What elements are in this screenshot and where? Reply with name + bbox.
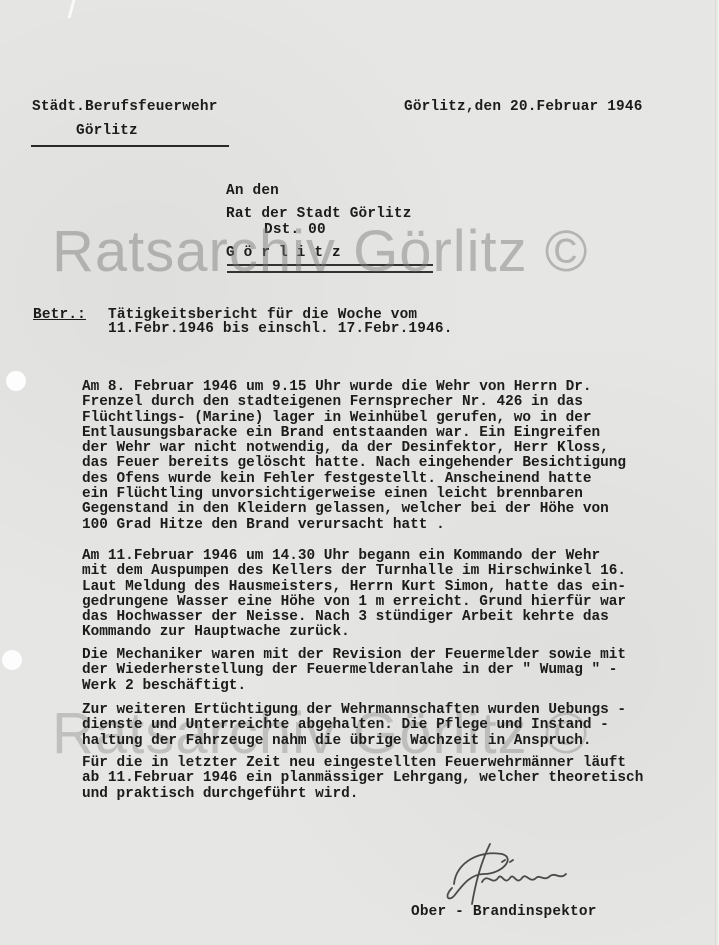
punch-hole-lower: [2, 650, 22, 670]
recipient-line-1: An den: [226, 184, 279, 198]
paragraph-course: Für die in letzter Zeit neu eingestellte…: [82, 756, 719, 802]
subject-line-1: Tätigkeitsbericht für die Woche vom: [108, 308, 417, 322]
sender-line-1: Städt.Berufsfeuerwehr: [32, 100, 218, 114]
punch-hole-upper: [6, 371, 26, 391]
sender-underline: [31, 145, 229, 147]
signature-title: Ober - Brandinspektor: [411, 905, 597, 919]
handwritten-signature: Mürche: [432, 840, 572, 910]
paper-fold-mark: [68, 0, 76, 18]
document-page: Städt.Berufsfeuerwehr Görlitz Görlitz,de…: [0, 0, 719, 945]
paragraph-mechanics: Die Mechaniker waren mit der Revision de…: [82, 648, 719, 694]
subject-line-2: 11.Febr.1946 bis einschl. 17.Febr.1946.: [108, 322, 453, 336]
watermark-top: Ratsarchiv Görlitz ©: [52, 222, 589, 282]
subject-label: Betr.:: [33, 308, 86, 322]
place-date: Görlitz,den 20.Februar 1946: [404, 100, 643, 114]
sender-line-2: Görlitz: [76, 124, 138, 138]
paragraph-pumping-report: Am 11.Februar 1946 um 14.30 Uhr begann e…: [82, 549, 719, 641]
paragraph-training: Zur weiteren Ertüchtigung der Wehrmannsc…: [82, 703, 719, 749]
paragraph-fire-report: Am 8. Februar 1946 um 9.15 Uhr wurde die…: [82, 380, 719, 533]
